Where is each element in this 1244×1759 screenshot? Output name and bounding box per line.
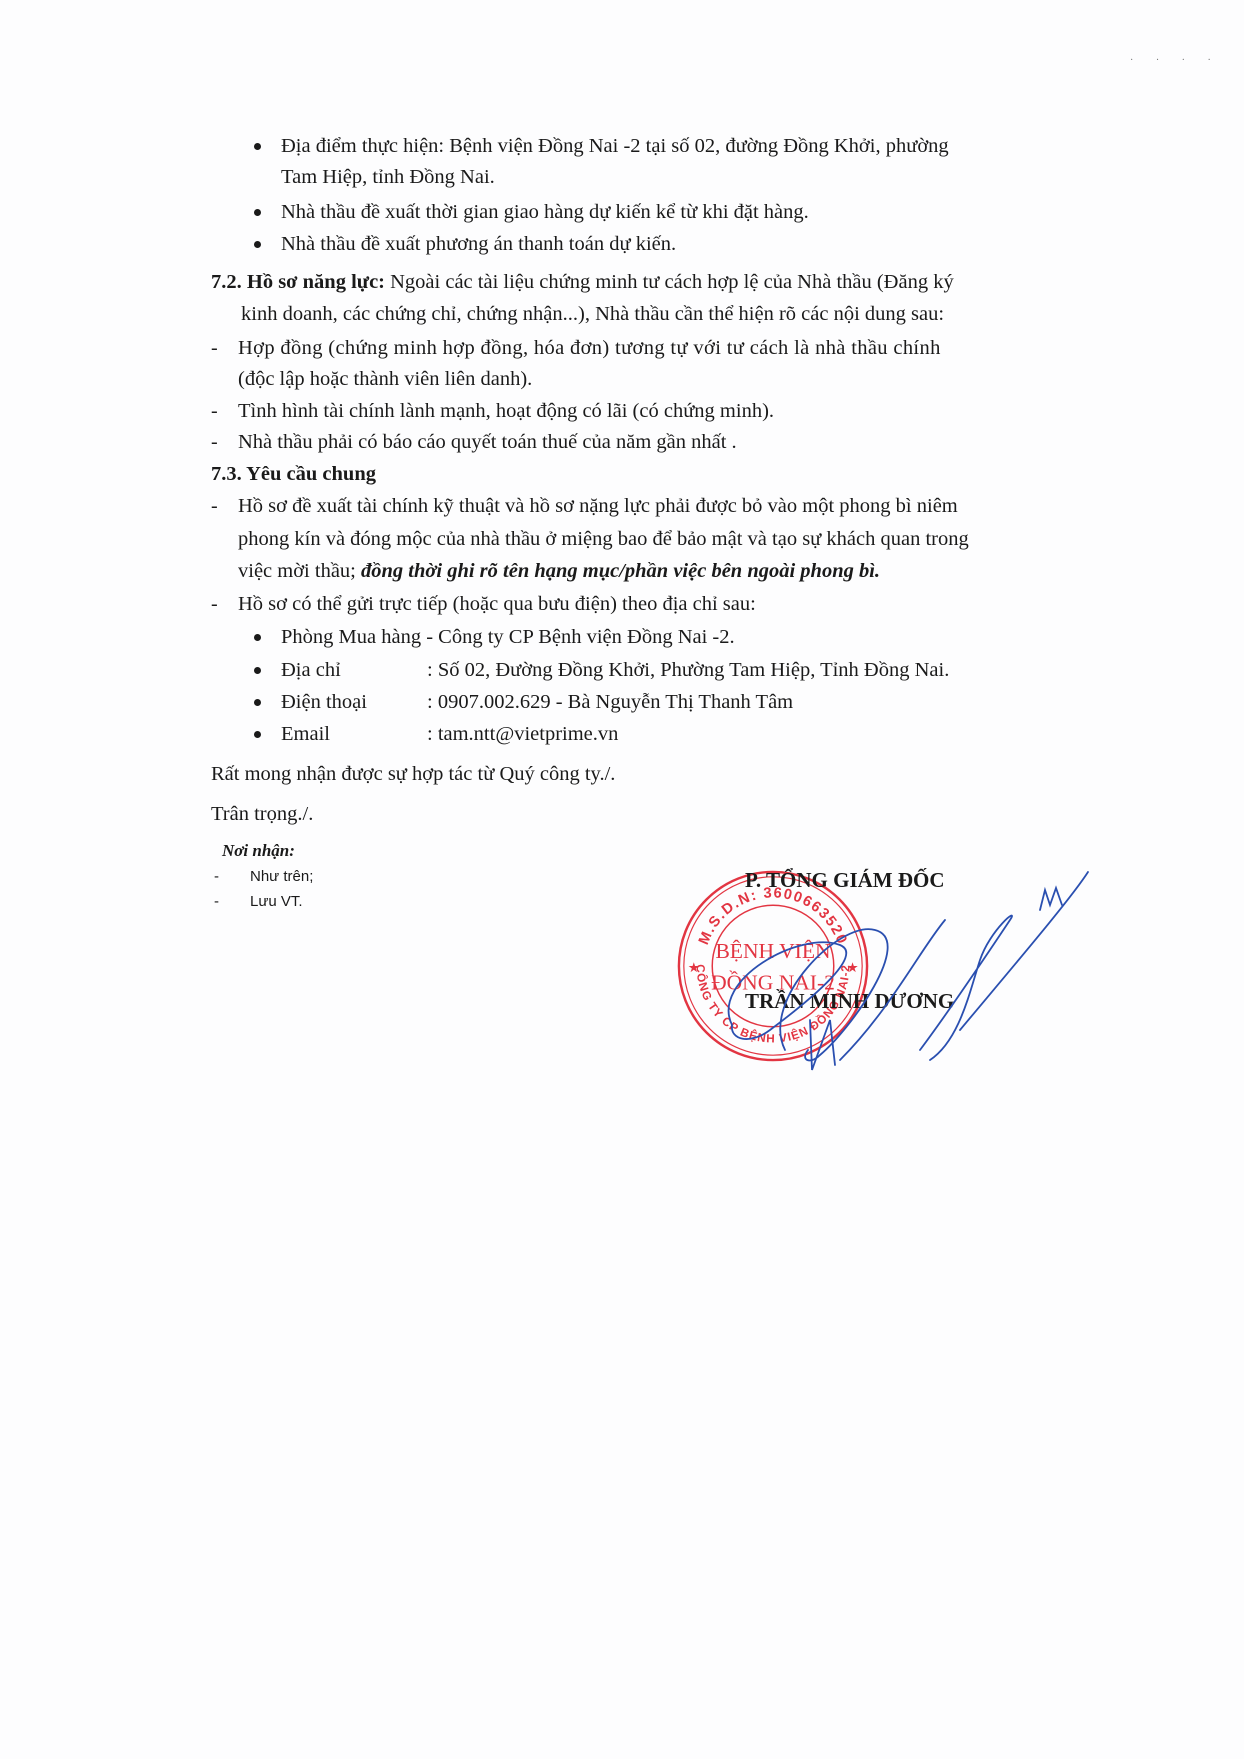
handwritten-signature-icon <box>690 860 1110 1090</box>
list-item: Hồ sơ đề xuất tài chính kỹ thuật và hồ s… <box>238 492 958 520</box>
list-item: Nhà thầu phải có báo cáo quyết toán thuế… <box>238 428 737 456</box>
bullet-icon <box>254 209 261 216</box>
contact-label: Địa chỉ <box>281 656 427 684</box>
section-heading: 7.2. Hồ sơ năng lực: Ngoài các tài liệu … <box>211 268 954 296</box>
contact-label: Điện thoại <box>281 688 427 716</box>
bullet-text: Nhà thầu đề xuất phương án thanh toán dự… <box>281 230 676 258</box>
bullet-text: Nhà thầu đề xuất thời gian giao hàng dự … <box>281 198 809 226</box>
bullet-icon <box>254 143 261 150</box>
list-item: Hợp đồng (chứng minh hợp đồng, hóa đơn) … <box>238 334 941 362</box>
contact-row-phone: Điện thoại: 0907.002.629 - Bà Nguyễn Thị… <box>281 688 793 716</box>
bullet-icon <box>254 634 261 641</box>
emphasis-text: đồng thời ghi rõ tên hạng mục/phần việc … <box>361 560 880 582</box>
scan-artifacts: · · · · <box>1130 55 1221 66</box>
recipients-title: Nơi nhận: <box>222 840 295 862</box>
contact-value: : Số 02, Đường Đồng Khởi, Phường Tam Hiệ… <box>427 659 949 681</box>
bullet-text: Địa điểm thực hiện: Bệnh viện Đồng Nai -… <box>281 132 949 160</box>
bullet-icon <box>254 731 261 738</box>
list-item: Hồ sơ có thể gửi trực tiếp (hoặc qua bưu… <box>238 590 756 618</box>
regards-line: Trân trọng./. <box>211 800 313 828</box>
section-intro: Ngoài các tài liệu chứng minh tư cách hợ… <box>390 271 954 293</box>
bullet-icon <box>254 667 261 674</box>
contact-value: : 0907.002.629 - Bà Nguyễn Thị Thanh Tâm <box>427 691 793 713</box>
section-number: 7.3. <box>211 463 242 485</box>
dash-marker: - <box>214 891 219 913</box>
contact-label: Email <box>281 720 427 748</box>
dash-marker: - <box>214 866 219 888</box>
closing-line: Rất mong nhận được sự hợp tác từ Quý côn… <box>211 760 615 788</box>
section-heading: 7.3. Yêu cầu chung <box>211 460 376 488</box>
bullet-icon <box>254 241 261 248</box>
section-title: Yêu cầu chung <box>246 463 376 485</box>
list-item-continued: phong kín và đóng mộc của nhà thầu ở miệ… <box>238 525 969 553</box>
contact-department: Phòng Mua hàng - Công ty CP Bệnh viện Đồ… <box>281 623 735 651</box>
bullet-text: Tam Hiệp, tỉnh Đồng Nai. <box>281 163 495 191</box>
contact-value: : tam.ntt@vietprime.vn <box>427 723 618 745</box>
section-intro-continued: kinh doanh, các chứng chỉ, chứng nhận...… <box>241 300 944 328</box>
dash-marker: - <box>211 428 218 456</box>
recipient-item: Như trên; <box>250 866 313 888</box>
dash-marker: - <box>211 590 218 618</box>
dash-marker: - <box>211 334 218 362</box>
list-item-continued: việc mời thầu; đồng thời ghi rõ tên hạng… <box>238 557 880 585</box>
section-title: Hồ sơ năng lực: <box>247 271 385 293</box>
contact-row-email: Email: tam.ntt@vietprime.vn <box>281 720 618 748</box>
list-item-continued: (độc lập hoặc thành viên liên danh). <box>238 365 532 393</box>
dash-marker: - <box>211 397 218 425</box>
dash-marker: - <box>211 492 218 520</box>
list-item: Tình hình tài chính lành mạnh, hoạt động… <box>238 397 774 425</box>
contact-row-address: Địa chỉ: Số 02, Đường Đồng Khởi, Phường … <box>281 656 949 684</box>
recipient-item: Lưu VT. <box>250 891 303 913</box>
section-number: 7.2. <box>211 271 242 293</box>
bullet-icon <box>254 699 261 706</box>
plain-text: việc mời thầu; <box>238 560 361 582</box>
